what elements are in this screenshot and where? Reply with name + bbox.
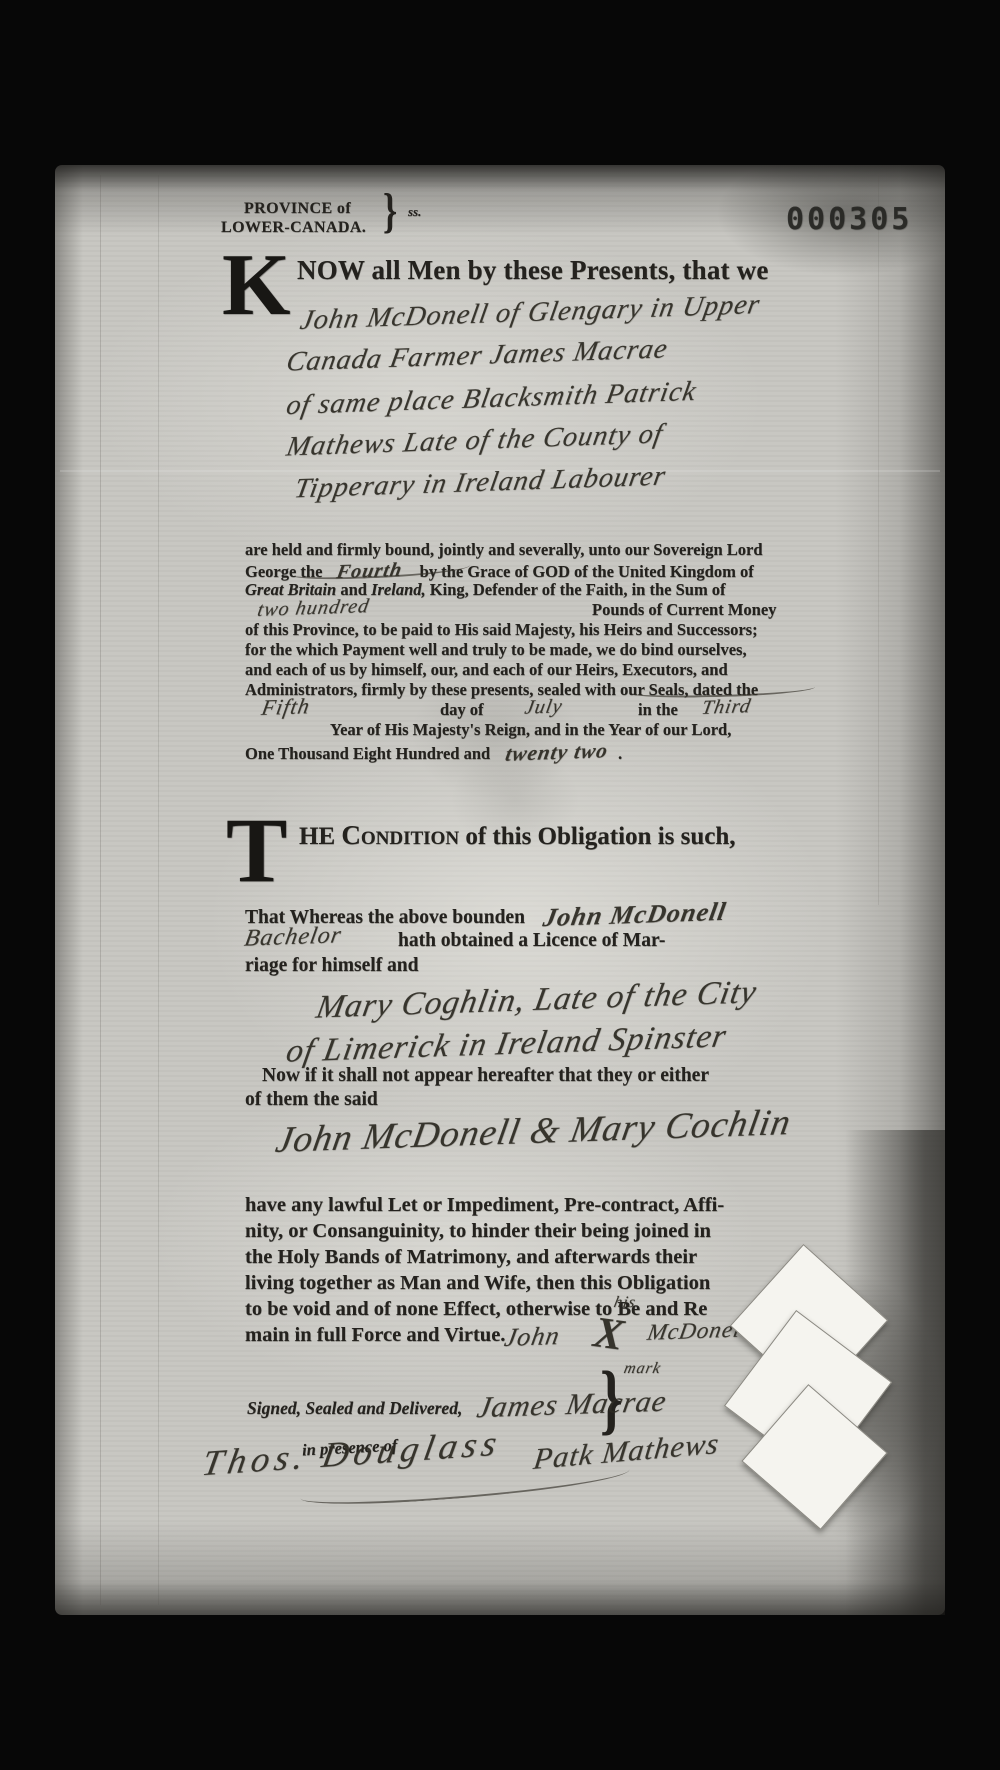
status-handwritten: Bachelor [242, 922, 343, 952]
bond-body-line4: Pounds of Current Money [592, 600, 776, 620]
year-handwritten: twenty two [504, 738, 611, 767]
ireland-italic: Ireland, [371, 580, 426, 599]
day-handwritten: Fifth [260, 693, 313, 721]
bond-heading: NOW all Men by these Presents, that we [297, 255, 769, 286]
now-line2: of them the said [245, 1089, 378, 1111]
bond-body-line8: Administrators, firmly by these presents… [245, 680, 758, 700]
province-line1: PROVINCE of [244, 200, 351, 218]
signer1-first-name: John [502, 1321, 562, 1353]
bond-body-line9-inthe: in the [638, 700, 678, 720]
condition-heading-rest: of this Obligation is such, [459, 823, 735, 850]
province-line2: LOWER-CANADA. [221, 219, 366, 237]
licence-line2: riage for himself and [245, 955, 419, 977]
sum-handwritten: two hundred [256, 595, 372, 622]
condition-heading-he: HE [299, 823, 341, 850]
clause-line3: the Holy Bands of Matrimony, and afterwa… [245, 1244, 724, 1270]
attestation-label: Signed, Sealed and Delivered, [247, 1398, 462, 1419]
bond-body-line7: and each of us by himself, our, and each… [245, 660, 728, 680]
bond-line2-pre: George the [245, 562, 322, 581]
now-line1: Now if it shall not appear hereafter tha… [262, 1065, 709, 1087]
signer1-mark-label: mark [622, 1360, 663, 1378]
bond-line2-post: by the Grace of GOD of the United Kingdo… [420, 562, 754, 581]
serial-number-stamp: 000305 [786, 202, 912, 237]
bond-body-line11: One Thousand Eight Hundred and twenty tw… [245, 740, 622, 765]
bond-dropcap: K [222, 248, 290, 324]
bond-body-line6: for the which Payment well and truly to … [245, 640, 747, 660]
clause-line5: to be void and of none Effect, otherwise… [245, 1296, 724, 1322]
bond-line3-rest: King, Defender of the Faith, in the Sum … [426, 580, 726, 599]
month-handwritten: July [523, 695, 565, 719]
header-brace: } [383, 183, 397, 240]
scanned-document: PROVINCE of LOWER-CANADA. } ss. 000305 K… [0, 0, 1000, 1770]
bond-body-line9-dayof: day of [440, 700, 484, 720]
condition-heading-smallcaps: Condition [341, 820, 459, 850]
jurat-abbrev: ss. [408, 204, 421, 220]
signer2-signature: James Macrae [474, 1385, 669, 1426]
bond-body-line5: of this Province, to be paid to His said… [245, 620, 758, 640]
clause-line1: have any lawful Let or Impediment, Pre-c… [245, 1192, 724, 1218]
condition-dropcap: T [226, 810, 287, 890]
bond-body-line1: are held and firmly bound, jointly and s… [245, 540, 763, 560]
clause-line2: nity, or Consanguinity, to hinder their … [245, 1218, 724, 1244]
licence-line1: hath obtained a Licence of Mar- [398, 930, 665, 952]
bond-line11-period: . [618, 744, 622, 763]
clause-line4: living together as Man and Wife, then th… [245, 1270, 724, 1296]
bounden-name-handwritten: John McDonell [541, 897, 729, 933]
regnal-year-handwritten: Third [700, 695, 753, 720]
bond-body-line10: Year of His Majesty's Reign, and in the … [330, 720, 731, 740]
condition-heading: HE Condition of this Obligation is such, [299, 820, 736, 851]
bond-line11-pre: One Thousand Eight Hundred and [245, 744, 490, 763]
